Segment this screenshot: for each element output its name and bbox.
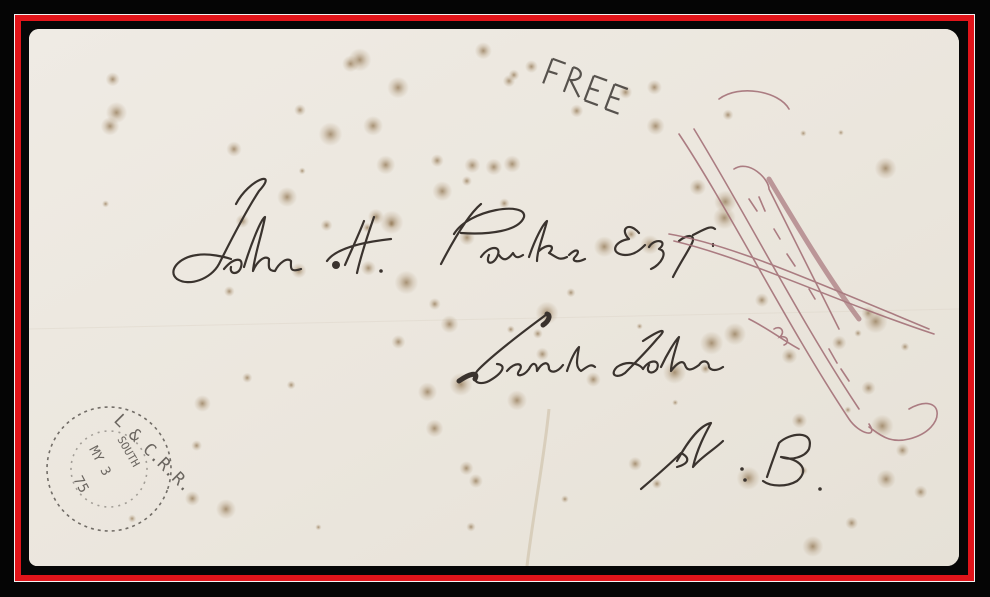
address-line-3: N.B. [629, 441, 716, 487]
address-line-1: John H. Parks Esq. [167, 179, 545, 225]
signature-note: mauve franking signature with flourish, … [29, 29, 30, 30]
address-line-2: Saint John [449, 351, 659, 397]
envelope: L & C.R.R. SOUTH MY 3 75 John H. Parks E… [29, 29, 959, 566]
envelope-artwork: L & C.R.R. SOUTH MY 3 75 [29, 29, 959, 566]
